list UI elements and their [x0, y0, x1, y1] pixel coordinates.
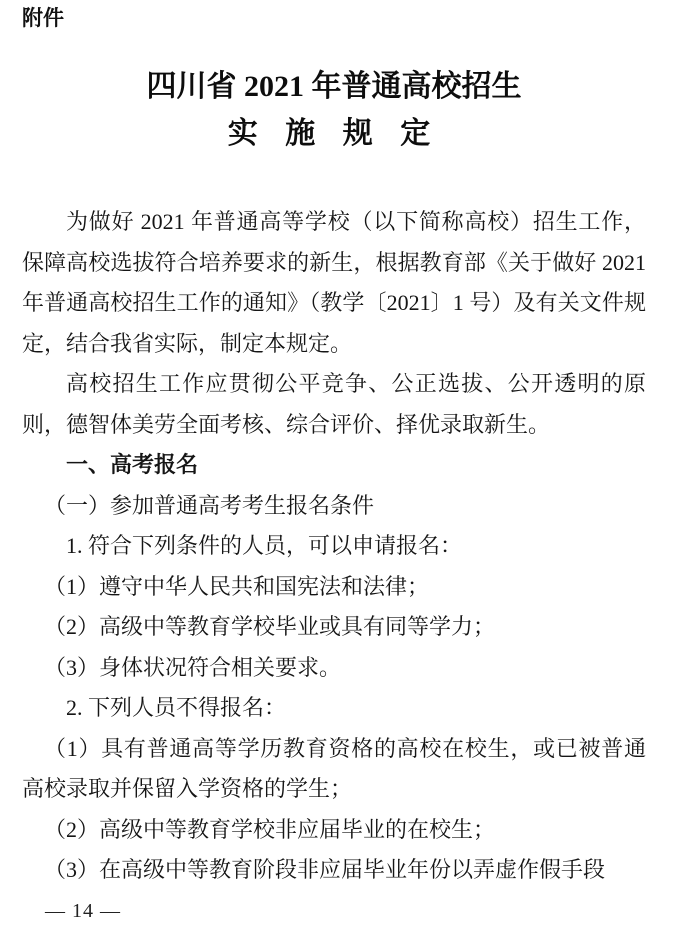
list-item: （3）身体状况符合相关要求。	[22, 648, 646, 689]
title-line-1: 四川省 2021 年普通高校招生	[22, 63, 646, 110]
document-page: 附件 四川省 2021 年普通高校招生 实 施 规 定 为做好 2021 年普通…	[0, 0, 680, 932]
document-title: 四川省 2021 年普通高校招生 实 施 规 定	[22, 63, 646, 157]
list-item: （3）在高级中等教育阶段非应届毕业年份以弄虚作假手段	[22, 850, 646, 891]
numbered-item: 1. 符合下列条件的人员，可以申请报名：	[22, 526, 646, 567]
paragraph: 为做好 2021 年普通高等学校（以下简称高校）招生工作，保障高校选拔符合培养要…	[22, 202, 646, 364]
title-line-2: 实 施 规 定	[22, 110, 646, 157]
numbered-item: 2. 下列人员不得报名：	[22, 688, 646, 729]
document-body: 为做好 2021 年普通高等学校（以下简称高校）招生工作，保障高校选拔符合培养要…	[22, 202, 646, 891]
list-item: （2）高级中等教育学校毕业或具有同等学力；	[22, 607, 646, 648]
list-item: （1）遵守中华人民共和国宪法和法律；	[22, 567, 646, 608]
attachment-label: 附件	[22, 6, 646, 32]
section-heading: 一、高考报名	[22, 445, 646, 486]
page-number: — 14 —	[45, 899, 121, 923]
paragraph: 高校招生工作应贯彻公平竞争、公正选拔、公开透明的原则，德智体美劳全面考核、综合评…	[22, 364, 646, 445]
subsection-heading: （一）参加普通高考考生报名条件	[22, 486, 646, 527]
list-item: （2）高级中等教育学校非应届毕业的在校生；	[22, 810, 646, 851]
list-item: （1）具有普通高等学历教育资格的高校在校生，或已被普通高校录取并保留入学资格的学…	[22, 729, 646, 810]
